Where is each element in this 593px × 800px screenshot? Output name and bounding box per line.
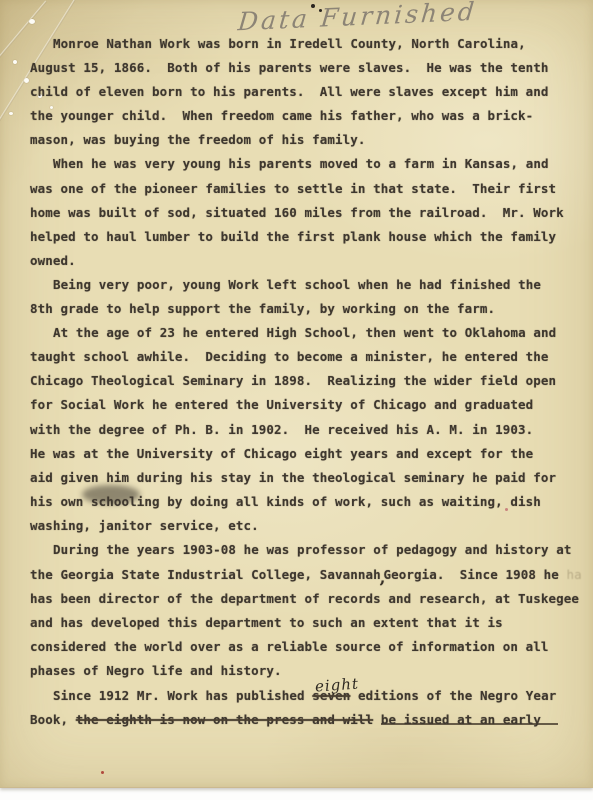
typed-segment: At the age of 23 he entered High School,…: [53, 325, 556, 340]
typed-line: and has developed this department to suc…: [30, 611, 590, 635]
typed-line: phases of Negro life and history.: [30, 659, 590, 683]
typed-line: Chicago Theological Seminary in 1898. Re…: [30, 369, 590, 393]
typed-segment-ghost: ha: [566, 567, 581, 582]
typed-line: Monroe Nathan Work was born in Iredell C…: [30, 32, 590, 56]
typed-segment: August 15, 1866. Both of his parents wer…: [30, 60, 549, 75]
typed-segment: the younger child. When freedom came his…: [30, 108, 533, 123]
typed-line: considered the world over as a reliable …: [30, 635, 590, 659]
typed-line: the younger child. When freedom came his…: [30, 104, 590, 128]
typed-line: He was at the University of Chicago eigh…: [30, 442, 590, 466]
typed-segment: He was at the University of Chicago eigh…: [30, 446, 533, 461]
typed-segment: When he was very young his parents moved…: [53, 156, 549, 171]
typed-line: owned.: [30, 249, 590, 273]
typed-segment: taught school awhile. Deciding to become…: [30, 349, 549, 364]
typed-line: the Georgia State Industrial College, Sa…: [30, 562, 590, 587]
handwritten-annotation: Data Furnished: [237, 0, 479, 36]
typed-segment: child of eleven born to his parents. All…: [30, 84, 549, 99]
typed-segment-strike: seveneight: [312, 688, 350, 703]
paper-damage-chip: [9, 112, 13, 115]
typed-line: Being very poor, young Work left school …: [30, 273, 590, 297]
typed-line: taught school awhile. Deciding to become…: [30, 345, 590, 369]
typed-segment: Monroe Nathan Work was born in Iredell C…: [53, 36, 526, 51]
typed-line: Book, the eighth is now on the press and…: [30, 708, 590, 732]
typed-segment: with the degree of Ph. B. in 1902. He re…: [30, 422, 533, 437]
page-background: Data Furnished Monroe Nathan Work was bo…: [0, 0, 593, 800]
typed-segment: and has developed this department to suc…: [30, 615, 503, 630]
typed-text: Monroe Nathan Work was born in Iredell C…: [30, 32, 590, 732]
typed-segment: considered the world over as a reliable …: [30, 639, 549, 654]
typed-segment: was one of the pioneer families to settl…: [30, 181, 556, 196]
typed-segment: has been director of the department of r…: [30, 591, 579, 606]
typed-segment: his own schooling by doing all kinds of …: [30, 494, 541, 509]
document-page: Data Furnished Monroe Nathan Work was bo…: [0, 0, 593, 788]
typed-segment: aid given him during his stay in the the…: [30, 470, 556, 485]
typed-line: for Social Work he entered the Universit…: [30, 393, 590, 417]
typed-line: Since 1912 Mr. Work has published sevene…: [30, 684, 590, 708]
typed-segment: owned.: [30, 253, 76, 268]
typed-line: was one of the pioneer families to settl…: [30, 177, 590, 201]
typed-segment: During the years 1903-08 he was professo…: [53, 542, 572, 557]
paper-damage-chip: [24, 78, 29, 83]
typed-line: During the years 1903-08 he was professo…: [30, 538, 590, 562]
typed-line: home was built of sod, situated 160 mile…: [30, 201, 590, 225]
typed-segment: editions of the Negro Year: [350, 688, 556, 703]
typed-segment-underline: be issued at an early: [381, 712, 558, 727]
paper-damage-chip: [13, 60, 17, 64]
typed-segment: the Georgia State Industrial College, Sa…: [30, 567, 381, 582]
paper-damage-chip: [29, 19, 35, 24]
typed-segment: mason, was buying the freedom of his fam…: [30, 132, 366, 147]
typed-line: August 15, 1866. Both of his parents wer…: [30, 56, 590, 80]
typed-segment: for Social Work he entered the Universit…: [30, 397, 533, 412]
typed-segment: washing, janitor service, etc.: [30, 518, 259, 533]
red-speck: [101, 771, 104, 774]
typed-segment: phases of Negro life and history.: [30, 663, 282, 678]
typed-line: his own schooling by doing all kinds of …: [30, 490, 590, 514]
typed-line: aid given him during his stay in the the…: [30, 466, 590, 490]
typed-line: When he was very young his parents moved…: [30, 152, 590, 176]
typed-segment: helped to haul lumber to build the first…: [30, 229, 556, 244]
typed-segment: Being very poor, young Work left school …: [53, 277, 541, 292]
typed-segment: home was built of sod, situated 160 mile…: [30, 205, 564, 220]
typed-line: helped to haul lumber to build the first…: [30, 225, 590, 249]
typed-segment: Chicago Theological Seminary in 1898. Re…: [30, 373, 556, 388]
typed-segment: Since 1912 Mr. Work has published: [53, 688, 312, 703]
typed-segment: Georgia. Since 1908 he: [383, 567, 566, 582]
typed-line: washing, janitor service, etc.: [30, 514, 590, 538]
typed-segment: [373, 712, 381, 727]
typed-segment: Book,: [30, 712, 76, 727]
typed-line: with the degree of Ph. B. in 1902. He re…: [30, 418, 590, 442]
typed-line: At the age of 23 he entered High School,…: [30, 321, 590, 345]
typed-segment: 8th grade to help support the family, by…: [30, 301, 495, 316]
typed-segment-strike: the eighth is now on the press and will: [76, 712, 373, 727]
typed-line: 8th grade to help support the family, by…: [30, 297, 590, 321]
typed-line: mason, was buying the freedom of his fam…: [30, 128, 590, 152]
typed-line: has been director of the department of r…: [30, 587, 590, 611]
typed-line: child of eleven born to his parents. All…: [30, 80, 590, 104]
